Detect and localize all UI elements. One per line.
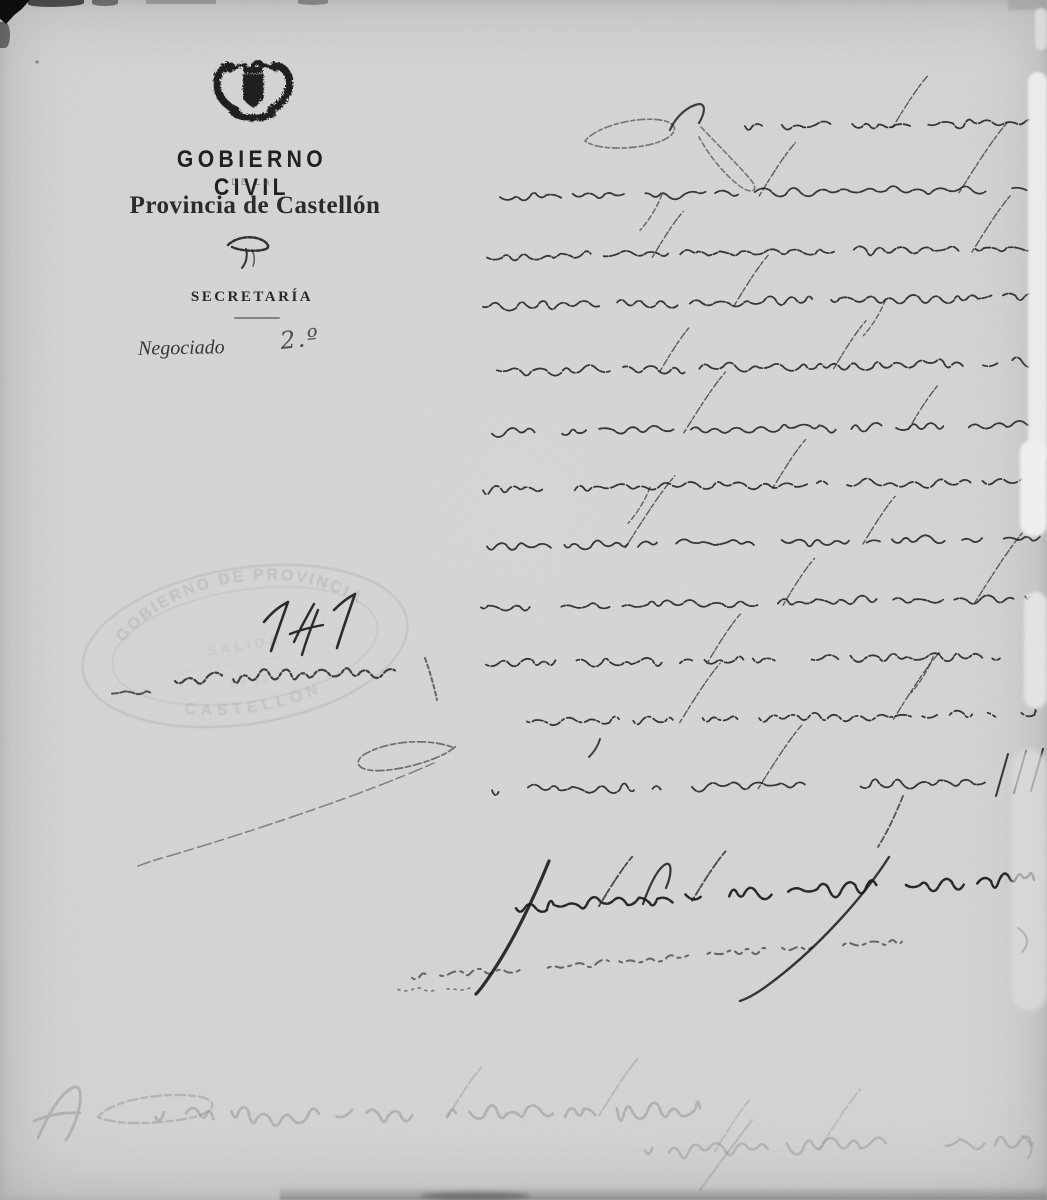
dateline <box>492 779 985 795</box>
body-line-1-ascender <box>893 76 928 128</box>
addressee-line-1 <box>156 1102 700 1126</box>
body-line-6-ascender <box>684 372 726 433</box>
signature-name <box>516 873 1034 912</box>
addressee-line-1-ascender <box>599 1059 638 1116</box>
body-line-1 <box>745 119 1040 130</box>
registry-number-stroke <box>334 594 355 648</box>
scan-edge-blotch <box>298 0 328 5</box>
addressee-capital <box>34 1087 80 1140</box>
signature-underline <box>412 940 902 979</box>
registry-number-stroke <box>290 604 323 655</box>
paraph-tail <box>138 763 434 866</box>
body-line-6 <box>492 421 1040 437</box>
paper-tear <box>1024 592 1047 708</box>
scan-edge-blotch <box>0 22 10 48</box>
signature-lead-dots <box>398 988 470 991</box>
body-line-9 <box>481 595 1030 610</box>
body-line-4 <box>483 293 1042 310</box>
paper-tear <box>1035 8 1047 50</box>
body-line-7-descender <box>628 487 650 523</box>
body-line-2-descender <box>640 194 662 230</box>
closing-line-ascender <box>680 663 720 722</box>
bottom-shadow-blot <box>420 1192 530 1200</box>
body-line-7 <box>483 478 1040 494</box>
date-descender <box>878 796 903 847</box>
handwriting-ink-layer <box>0 0 1047 1200</box>
body-line-3-ascender <box>972 194 1012 252</box>
body-line-7-ascender <box>773 440 806 489</box>
stamp-annotation-script <box>175 668 395 683</box>
body-line-5-ascender <box>834 321 866 369</box>
opening-descender-loop <box>699 127 755 191</box>
body-line-3 <box>487 246 1038 260</box>
body-line-4-descender <box>863 300 885 336</box>
body-line-3-ascender <box>652 212 683 258</box>
ink-speck <box>35 60 38 63</box>
body-line-10-ascender <box>707 614 740 663</box>
signature-cross-stroke <box>740 857 889 1001</box>
paper-tear <box>1020 440 1047 536</box>
signature-name-ascender <box>692 851 725 900</box>
date-digit-stroke <box>996 754 1008 796</box>
body-line-2-ascender <box>959 122 1008 193</box>
paper-tear <box>1028 72 1047 462</box>
addressee-line-2 <box>645 1137 1032 1158</box>
body-line-2-ascender <box>759 143 795 196</box>
scan-edge-blotch <box>146 0 216 4</box>
body-line-5-ascender <box>660 327 690 372</box>
scanned-letter-page: GOBIERNO CIVIL DE LA Provincia de Castel… <box>0 0 1047 1200</box>
body-line-8-ascender <box>863 496 895 544</box>
opening-capital-loop <box>585 119 674 148</box>
addressee-line-1-ascender <box>448 1068 481 1117</box>
body-line-9-ascender <box>783 558 815 605</box>
body-line-6-ascender <box>909 385 939 429</box>
body-line-8 <box>487 535 1040 549</box>
stamp-annotation-dots <box>112 691 152 694</box>
registry-number-stroke <box>264 602 288 651</box>
body-line-5 <box>497 357 1040 375</box>
closing-line <box>527 710 1036 725</box>
scan-edge-blotch <box>92 0 118 6</box>
paraph-loop <box>358 742 456 771</box>
opening-capital-stroke <box>670 104 704 130</box>
stamp-stray-stroke <box>425 658 437 700</box>
addressee-diagonal <box>700 1120 752 1190</box>
dateline-ascender <box>758 725 801 788</box>
paper-tear <box>1012 750 1047 1010</box>
bottom-shadow-band <box>280 1186 1047 1200</box>
body-line-4-ascender <box>735 255 769 305</box>
closing-comma <box>589 739 600 757</box>
